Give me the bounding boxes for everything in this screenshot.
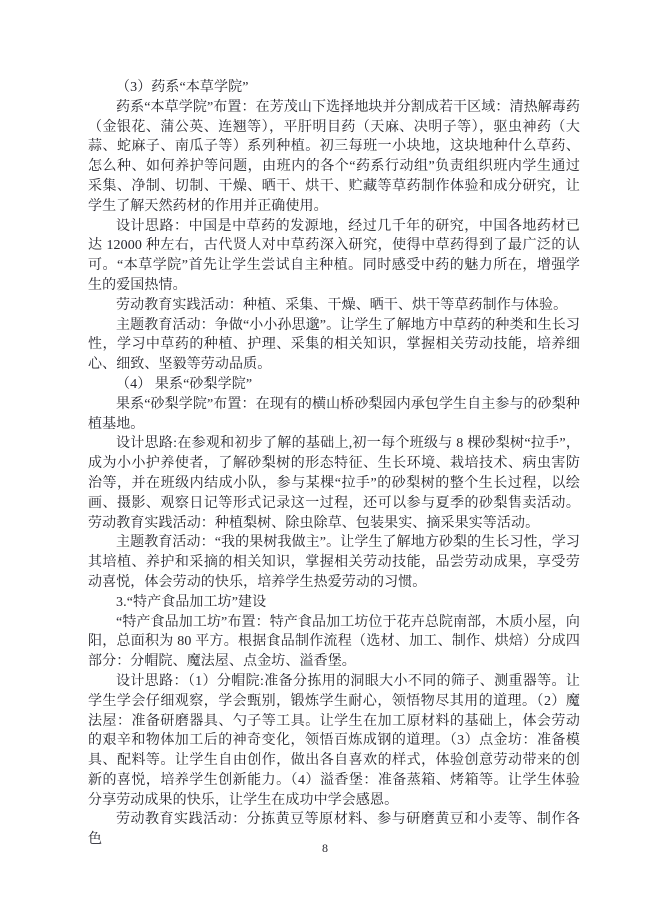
para-workshop-design: 设计思路：（1）分帽院:准备分拣用的洞眼大小不同的筛子、测重器等。让学生学会仔细…: [88, 672, 580, 811]
para-medicine-layout: 药系“本草学院”布置：在芳茂山下选择地块并分割成若干区域：清热解毒药（金银花、蒲…: [88, 98, 580, 217]
para-medicine-labor-activities: 劳动教育实践活动：种植、采集、干燥、晒干、烘干等草药制作与体验。: [88, 296, 580, 316]
para-medicine-design: 设计思路：中国是中草药的发源地，经过几千年的研究，中国各地药材已达 12000 …: [88, 217, 580, 296]
document-body: （3）药系“本草学院” 药系“本草学院”布置：在芳茂山下选择地块并分割成若干区域…: [88, 78, 580, 850]
para-fruit-theme-activities: 主题教育活动：“我的果树我做主”。让学生了解地方砂梨的生长习性，学习其培植、养护…: [88, 533, 580, 592]
page-footer: 8: [0, 839, 650, 857]
heading-medicine-dept: （3）药系“本草学院”: [88, 78, 580, 98]
heading-food-workshop: 3.“特产食品加工坊”建设: [88, 593, 580, 613]
para-fruit-design: 设计思路:在参观和初步了解的基础上,初一每个班级与 8 棵砂梨树“拉手”，成为小…: [88, 434, 580, 533]
para-medicine-theme-activities: 主题教育活动：争做“小小孙思邈”。让学生了解地方中草药的种类和生长习性，学习中草…: [88, 316, 580, 375]
para-workshop-layout: “特产食品加工坊”布置：特产食品加工坊位于花卉总院南部，木质小屋，向阳，总面积为…: [88, 613, 580, 672]
heading-fruit-dept: （4） 果系“砂梨学院”: [88, 375, 580, 395]
page-number: 8: [322, 841, 328, 855]
para-fruit-layout: 果系“砂梨学院”布置：在现有的横山桥砂梨园内承包学生自主参与的砂梨种植基地。: [88, 395, 580, 435]
document-page: （3）药系“本草学院” 药系“本草学院”布置：在芳茂山下选择地块并分割成若干区域…: [0, 0, 650, 919]
